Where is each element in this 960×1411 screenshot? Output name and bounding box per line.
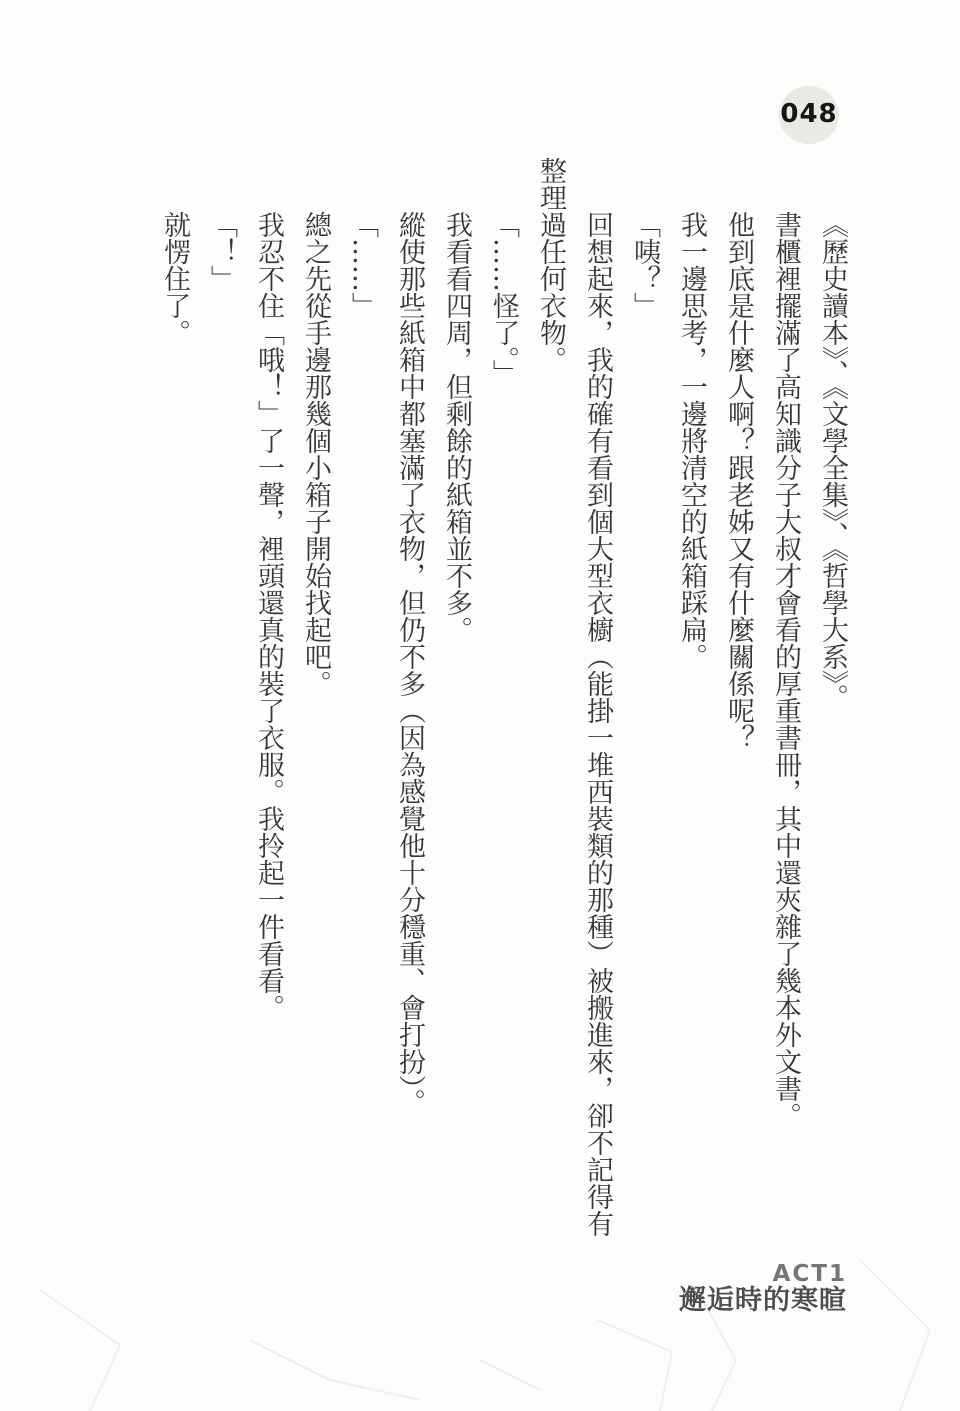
body-text-block: 《歷史讀本》、《文學全集》、《哲學大系》。 書櫃裡擺滿了高知識分子大叔才會看的厚… — [151, 157, 856, 1267]
page-number: 048 — [780, 99, 837, 129]
text-line: 他到底是什麼人啊？跟老姊又有什麼關係呢？ — [715, 157, 762, 1267]
act-number-label: ACT1 — [679, 1262, 847, 1286]
text-line: 「咦？」 — [621, 157, 668, 1267]
text-line: 「！」 — [198, 157, 245, 1267]
text-line: 總之先從手邊那幾個小箱子開始找起吧。 — [292, 157, 339, 1267]
text-line: 我一邊思考，一邊將清空的紙箱踩扁。 — [668, 157, 715, 1267]
text-line: 縱使那些紙箱中都塞滿了衣物，但仍不多（因為感覺他十分穩重、會打扮）。 — [386, 157, 433, 1267]
text-line: 「……」 — [339, 157, 386, 1267]
text-line: 我忍不住「哦！」了一聲，裡頭還真的裝了衣服。我拎起一件看看。 — [245, 157, 292, 1267]
text-line: 書櫃裡擺滿了高知識分子大叔才會看的厚重書冊，其中還夾雜了幾本外文書。 — [762, 157, 809, 1267]
book-page: 048 《歷史讀本》、《文學全集》、《哲學大系》。 書櫃裡擺滿了高知識分子大叔才… — [0, 0, 960, 1411]
chapter-marker: ACT1 邂逅時的寒暄 — [679, 1262, 847, 1316]
page-number-badge: 048 — [779, 86, 839, 144]
text-line: 我看看四周，但剩餘的紙箱並不多。 — [433, 157, 480, 1267]
text-line: 「……怪了。」 — [480, 157, 527, 1267]
act-title: 邂逅時的寒暄 — [679, 1286, 847, 1316]
text-line: 回想起來，我的確有看到個大型衣櫥（能掛一堆西裝類的那種）被搬進來，卻不記得有 — [574, 157, 621, 1267]
text-line: 整理過任何衣物。 — [527, 157, 574, 1267]
text-line: 《歷史讀本》、《文學全集》、《哲學大系》。 — [809, 157, 856, 1267]
text-line: 就愣住了。 — [151, 157, 198, 1267]
